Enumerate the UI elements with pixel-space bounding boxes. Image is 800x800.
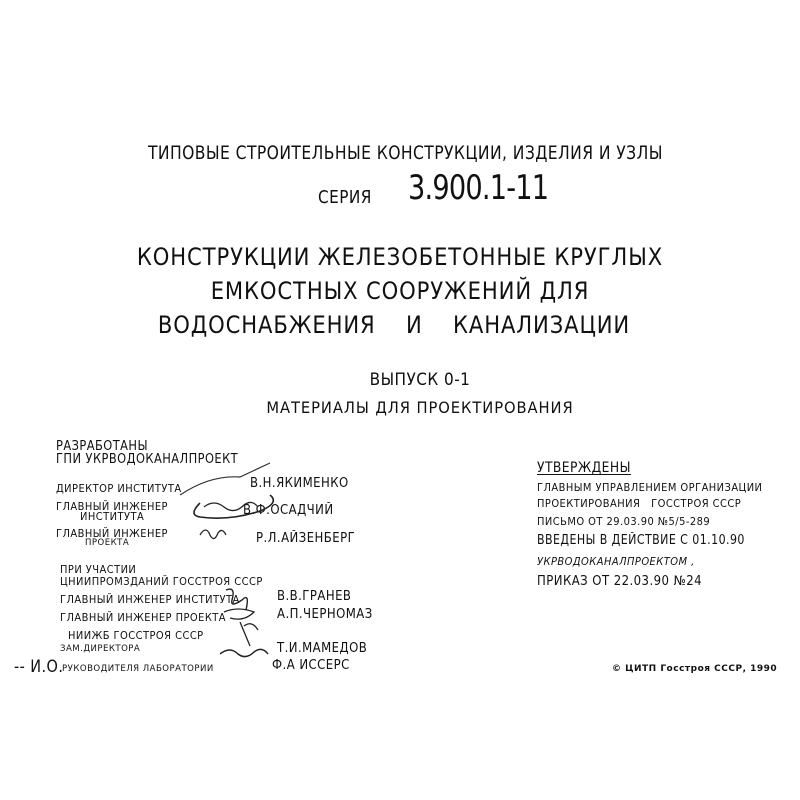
approval-effective-date: ВВЕДЕНЫ В ДЕЙСТВИЕ С 01.10.90 bbox=[537, 533, 745, 548]
name-participant-chief-engineer: В.В.ГРАНЕВ bbox=[277, 589, 351, 604]
approval-line-2: ПРОЕКТИРОВАНИЯ ГОССТРОЯ СССР bbox=[537, 497, 741, 510]
role-participant-project-engineer: ГЛАВНЫЙ ИНЖЕНЕР ПРОЕКТА bbox=[60, 611, 226, 624]
role-chief-engineer-line2: ИНСТИТУТА bbox=[80, 510, 144, 523]
participants-organization-1: ЦНИИПРОМЗДАНИЙ ГОССТРОЯ СССР bbox=[60, 575, 263, 588]
approval-letter: ПИСЬМО ОТ 29.03.90 №5/5-289 bbox=[537, 515, 710, 528]
name-lab-head: Ф.А ИССЕРС bbox=[272, 658, 350, 673]
role-project-engineer-line2: ПРОЕКТА bbox=[85, 538, 129, 548]
copyright: © ЦИТП Госстроя СССР, 1990 bbox=[612, 664, 777, 674]
main-title-line-2: ЕМКОСТНЫХ СООРУЖЕНИЙ ДЛЯ bbox=[48, 277, 752, 305]
name-participant-project-engineer: А.П.ЧЕРНОМАЗ bbox=[277, 607, 373, 622]
issue-subtitle: МАТЕРИАЛЫ ДЛЯ ПРОЕКТИРОВАНИЯ bbox=[34, 398, 800, 417]
role-deputy-director: ЗАМ.ДИРЕКТОРА bbox=[60, 644, 140, 654]
participants-organization-2: НИИЖБ ГОССТРОЯ СССР bbox=[68, 629, 204, 642]
role-lab-head: РУКОВОДИТЕЛЯ ЛАБОРАТОРИИ bbox=[62, 664, 214, 674]
series-number: 3.900.1-11 bbox=[408, 168, 548, 208]
series-title: ТИПОВЫЕ СТРОИТЕЛЬНЫЕ КОНСТРУКЦИИ, ИЗДЕЛИ… bbox=[148, 142, 663, 164]
acting-prefix: -- И.О. bbox=[14, 657, 63, 677]
approval-line-1: ГЛАВНЫМ УПРАВЛЕНИЕМ ОРГАНИЗАЦИИ bbox=[537, 481, 762, 494]
series-row: СЕРИЯ 3.900.1-11 bbox=[318, 168, 584, 208]
issue-label: ВЫПУСК 0-1 bbox=[42, 370, 798, 390]
approval-heading: УТВЕРЖДЕНЫ bbox=[537, 460, 631, 476]
approval-order-issuer: УКРВОДОКАНАЛПРОЕКТОМ , bbox=[537, 555, 695, 568]
approval-order: ПРИКАЗ ОТ 22.03.90 №24 bbox=[537, 574, 702, 589]
name-deputy-director: Т.И.МАМЕДОВ bbox=[277, 641, 367, 656]
main-title-line-1: КОНСТРУКЦИИ ЖЕЛЕЗОБЕТОННЫЕ КРУГЛЫХ bbox=[48, 243, 752, 271]
role-director: ДИРЕКТОР ИНСТИТУТА bbox=[56, 482, 182, 495]
series-word: СЕРИЯ bbox=[318, 187, 372, 208]
signature-mark bbox=[170, 455, 290, 545]
role-participant-chief-engineer: ГЛАВНЫЙ ИНЖЕНЕР ИНСТИТУТА bbox=[60, 593, 240, 606]
main-title-line-3: ВОДОСНАБЖЕНИЯ И КАНАЛИЗАЦИИ bbox=[42, 311, 746, 339]
